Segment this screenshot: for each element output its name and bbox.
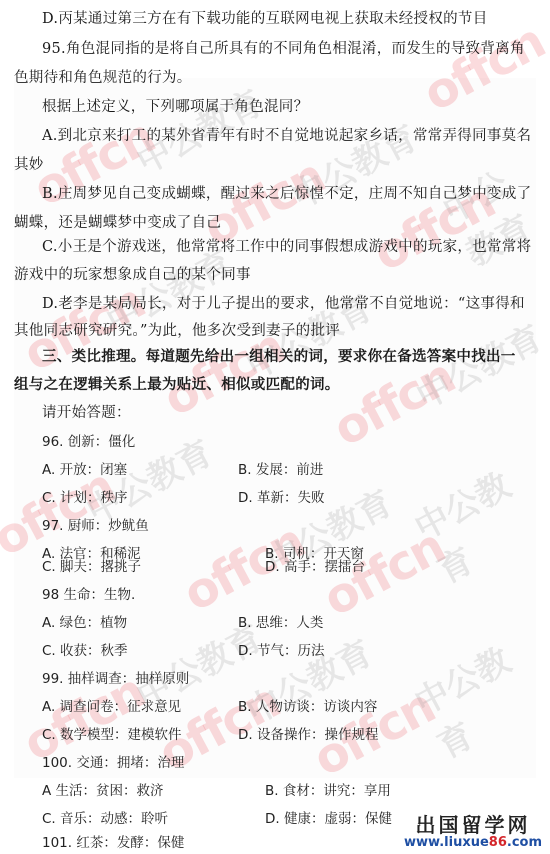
q100-option-a: A 生活：贫困：救济 xyxy=(42,782,164,800)
q97-option-c: C. 脚夫：撂挑子 xyxy=(42,558,141,576)
logo-name: 出国留学网 xyxy=(404,814,542,836)
q95-option-d-line1: D.老李是某局局长，对于儿子提出的要求，他常常不自觉地说：“这事得和 xyxy=(42,295,525,313)
section3-heading-line2: 组与之在逻辑关系上最为贴近、相似或匹配的词。 xyxy=(14,376,340,394)
q100-option-d: D. 健康：虚弱：保健 xyxy=(265,810,392,828)
q96-option-d: D. 革新：失败 xyxy=(238,489,324,507)
q95-stem-line2: 色期待和角色规范的行为。 xyxy=(14,69,192,87)
q99-option-a: A. 调查问卷：征求意见 xyxy=(42,698,181,716)
q97-option-d: D. 高手：摆擂台 xyxy=(265,558,365,576)
logo-url-prefix: www.liuxue xyxy=(404,835,489,850)
q95-option-c-line1: C.小王是个游戏迷，他常常将工作中的同事假想成游戏中的玩家，也常常将 xyxy=(42,238,531,256)
q96-stem: 96. 创新：僵化 xyxy=(42,433,135,451)
q96-option-b: B. 发展：前进 xyxy=(238,461,323,479)
logo-url-number: 86 xyxy=(489,835,507,850)
q95-option-b-line2: 蝴蝶，还是蝴蝶梦中变成了自己 xyxy=(14,214,221,232)
q100-stem: 100. 交通：拥堵：治理 xyxy=(42,754,184,772)
q101-stem: 101. 红茶：发酵：保健 xyxy=(42,834,184,852)
q95-option-d-line2: 其他同志研究研究。”为此，他多次受到妻子的批评 xyxy=(14,322,340,340)
q99-option-b: B. 人物访谈：访谈内容 xyxy=(238,698,377,716)
q100-option-b: B. 食材：讲究：享用 xyxy=(265,782,391,800)
q94-option-d: D.丙某通过第三方在有下载功能的互联网电视上获取未经授权的节目 xyxy=(42,10,488,28)
q95-option-b-line1: B.庄周梦见自己变成蝴蝶，醒过来之后惊惶不定，庄周不知自己梦中变成了 xyxy=(42,185,531,203)
q95-option-a-line1: A.到北京来打工的某外省青年有时不自觉地说起家乡话，常常弄得同事莫名 xyxy=(42,127,531,145)
q99-option-c: C. 数学模型：建模软件 xyxy=(42,726,182,744)
q95-stem-line1: 95.角色混同指的是将自己所具有的不同角色相混淆，而发生的导致背离角 xyxy=(42,40,525,58)
q98-option-d: D. 节气：历法 xyxy=(238,642,324,660)
logo-url: www.liuxue86.com xyxy=(404,836,542,850)
q98-option-b: B. 思维：人类 xyxy=(238,614,323,632)
q95-question: 根据上述定义，下列哪项属于角色混同？ xyxy=(42,98,308,116)
logo-url-suffix: .com xyxy=(507,835,542,850)
q96-option-c: C. 计划：秩序 xyxy=(42,489,128,507)
q99-option-d: D. 设备操作：操作规程 xyxy=(238,726,378,744)
q98-option-a: A. 绿色：植物 xyxy=(42,614,127,632)
q99-stem: 99. 抽样调查：抽样原则 xyxy=(42,670,189,688)
document-page: offcn offcn 中公教育 offcn 中公教育 offcn 中公教育 o… xyxy=(0,0,550,854)
q98-stem: 98 生命：生物. xyxy=(42,586,135,604)
q98-option-c: C. 收获：秋季 xyxy=(42,642,128,660)
q100-option-c: C. 音乐：动感：聆听 xyxy=(42,810,168,828)
q97-stem: 97. 厨师：炒鱿鱼 xyxy=(42,517,149,535)
liuxue86-logo: 出国留学网 www.liuxue86.com xyxy=(404,814,542,850)
q96-option-a: A. 开放：闭塞 xyxy=(42,461,127,479)
q95-option-a-line2: 其妙 xyxy=(14,156,44,174)
section3-start: 请开始答题： xyxy=(42,404,131,422)
section3-heading-line1: 三、类比推理。每道题先给出一组相关的词，要求你在备选答案中找出一 xyxy=(42,348,516,366)
q95-option-c-line2: 游戏中的玩家想象成自己的某个同事 xyxy=(14,266,251,284)
